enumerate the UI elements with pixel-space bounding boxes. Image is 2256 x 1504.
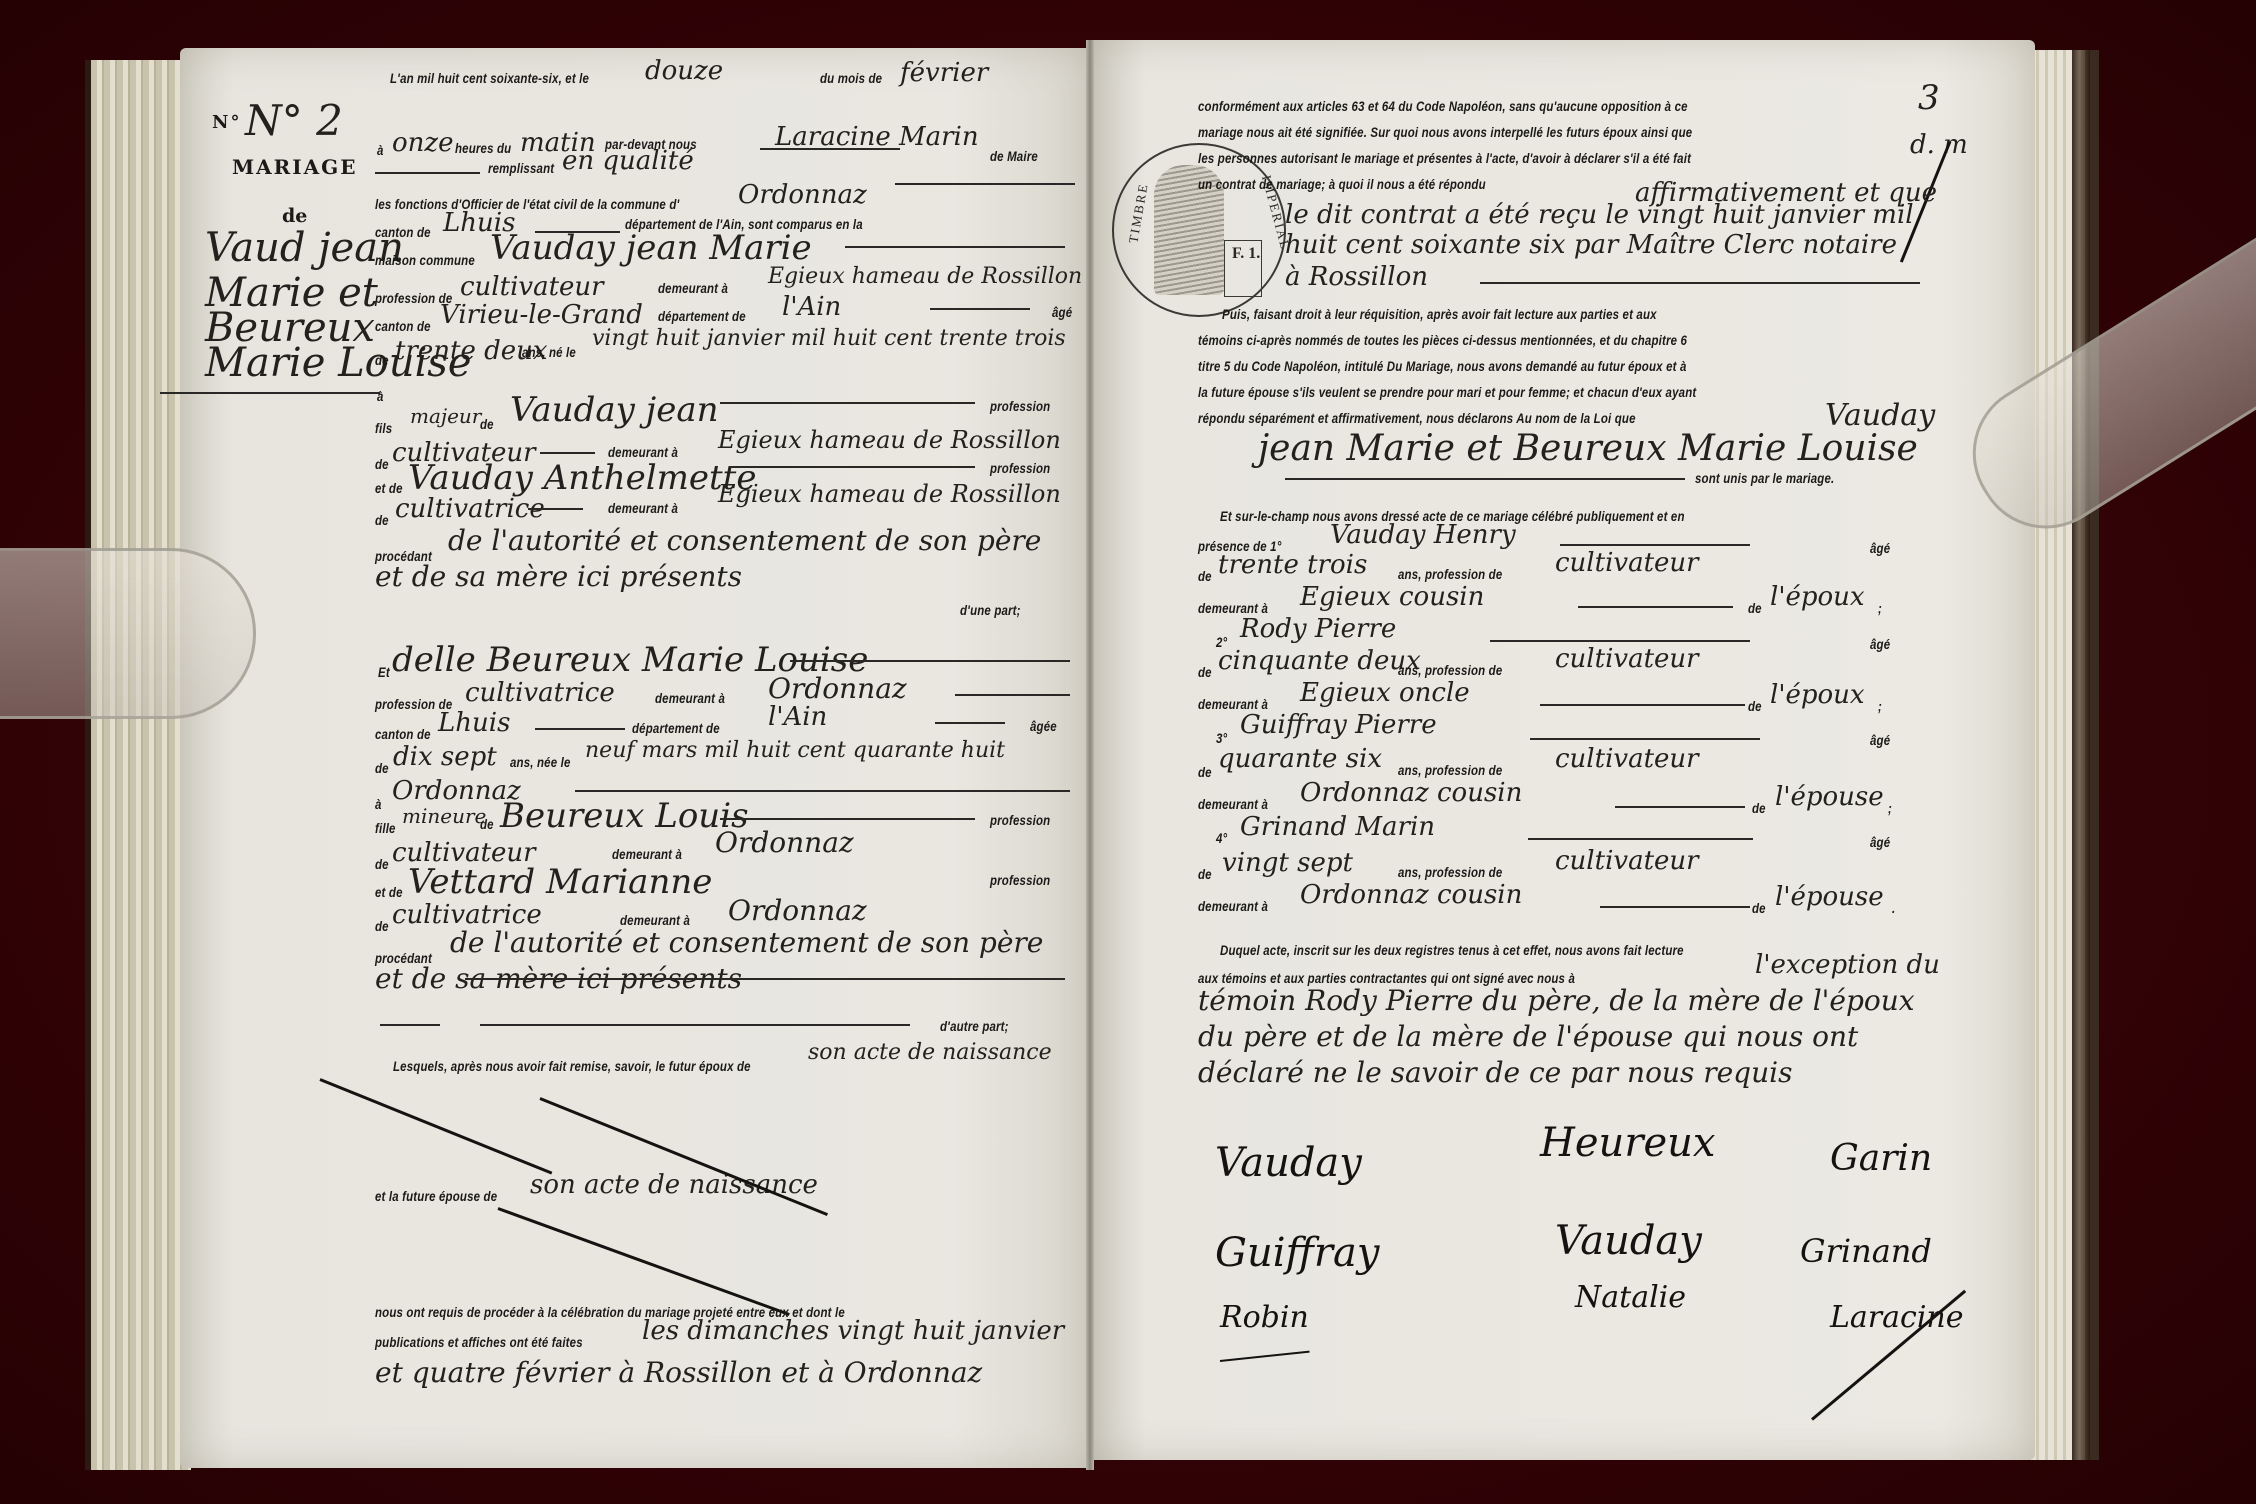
fill-rule [1560, 544, 1750, 546]
handwritten-text: l'Ain [768, 702, 827, 732]
handwritten-text: les dimanches vingt huit janvier [642, 1316, 1064, 1346]
fill-rule [1480, 282, 1920, 284]
fill-rule [575, 790, 1070, 792]
margin-mark: d. m [1910, 130, 1968, 160]
print-text: canton de [375, 726, 431, 742]
signature: Garin [1830, 1138, 1932, 1179]
signature: Vauday [1555, 1218, 1702, 1264]
print-text: les fonctions d'Officier de l'état civil… [375, 196, 679, 212]
print-text: de [375, 352, 389, 368]
handwritten-text: cultivatrice [465, 678, 615, 708]
print-text: canton de [375, 318, 431, 334]
print-text: la future épouse s'ils veulent se prendr… [1198, 384, 1696, 400]
print-text: canton de [375, 224, 431, 240]
print-text: âgé [1052, 304, 1072, 320]
margin-name-1: Vaud jean [205, 225, 404, 271]
handwritten-text: l'époux [1770, 680, 1865, 710]
print-text: fils [375, 420, 392, 436]
fill-rule [1490, 640, 1750, 642]
record-heading-de: de [282, 205, 307, 227]
print-text: répondu séparément et affirmativement, n… [1198, 410, 1636, 426]
couple-names: jean Marie et Beureux Marie Louise [1258, 428, 1918, 469]
handwritten-text: Egieux hameau de Rossillon [768, 264, 1082, 289]
handwritten-text: et de sa mère ici présents [375, 560, 742, 593]
handwritten-text: cinquante deux [1218, 646, 1421, 676]
print-text: âgée [1030, 718, 1057, 734]
handwritten-text: neuf mars mil huit cent quarante huit [585, 738, 1005, 763]
handwritten-text: l'époux [1770, 582, 1865, 612]
handwritten-text: cultivatrice [395, 494, 545, 524]
handwritten-text: Grinand Marin [1240, 812, 1435, 842]
handwritten-text: à Rossillon [1285, 262, 1428, 292]
signature: Robin [1220, 1300, 1309, 1335]
print-text: de [1198, 664, 1212, 680]
handwritten-text: déclaré ne le savoir de ce par nous requ… [1198, 1056, 1792, 1089]
print-text: fille [375, 820, 396, 836]
handwritten-text: Vauday Anthelmette [408, 458, 756, 498]
handwritten-text: février [900, 58, 988, 88]
print-text: de [1748, 698, 1762, 714]
fill-rule [760, 148, 900, 150]
print-text: demeurant à [608, 500, 678, 516]
left-glass-page-weight [0, 548, 256, 719]
handwritten-text: Rody Pierre [1240, 614, 1396, 644]
fill-rule [465, 978, 1065, 980]
print-text: mariage nous ait été signifiée. Sur quoi… [1198, 124, 1692, 140]
print-text: profession [990, 460, 1050, 476]
print-text: de [480, 816, 494, 832]
stamp-value: F. 1. [1232, 245, 1260, 263]
handwritten-text: trente trois [1218, 550, 1367, 580]
signature: Guiffray [1215, 1230, 1379, 1276]
handwritten-text: Egieux cousin [1300, 582, 1484, 612]
handwritten-text: Ordonnaz [768, 672, 907, 705]
fill-rule [1285, 478, 1685, 480]
print-text: sont unis par le mariage. [1695, 470, 1834, 486]
print-text: de [375, 856, 389, 872]
print-text: à [377, 142, 384, 158]
print-text: du mois de [820, 70, 882, 86]
handwritten-text: Egieux hameau de Rossillon [718, 426, 1061, 454]
imperial-stamp: F. 1. TIMBRE IMPERIAL [1112, 143, 1286, 317]
handwritten-text: Egieux oncle [1300, 678, 1470, 708]
print-text: de [1198, 764, 1212, 780]
print-text: de [1198, 866, 1212, 882]
fill-rule [480, 1024, 910, 1026]
print-text: de [1752, 800, 1766, 816]
fill-rule [535, 728, 625, 730]
print-text: demeurant à [655, 690, 725, 706]
print-text: à [375, 796, 382, 812]
print-text: les personnes autorisant le mariage et p… [1198, 150, 1691, 166]
print-text: Et [378, 664, 390, 680]
fill-rule [1600, 906, 1750, 908]
print-text: Duquel acte, inscrit sur les deux regist… [1220, 942, 1684, 958]
fill-rule [730, 466, 975, 468]
handwritten-text: de l'autorité et consentement de son pèr… [450, 926, 1043, 959]
handwritten-text: du père et de la mère de l'épouse qui no… [1198, 1020, 1858, 1053]
print-text: âgé [1870, 834, 1890, 850]
handwritten-text: Vauday jean Marie [490, 228, 812, 268]
fill-rule [935, 722, 1005, 724]
page-number: 3 [1918, 78, 1940, 118]
print-text: ans, né le [522, 344, 576, 360]
handwritten-text: de l'autorité et consentement de son pèr… [448, 524, 1041, 557]
handwritten-text: mineure [402, 804, 486, 828]
print-text: ans, profession de [1398, 566, 1502, 582]
signature: Heureux [1540, 1120, 1715, 1166]
print-text: âgé [1870, 540, 1890, 556]
fill-rule [845, 246, 1065, 248]
fill-rule [930, 308, 1030, 310]
print-text: ans, profession de [1398, 864, 1502, 880]
print-text: de [375, 760, 389, 776]
handwritten-text: son acte de naissance [808, 1040, 1052, 1065]
print-text: de [480, 416, 494, 432]
handwritten-text: Egieux hameau de Rossillon [718, 480, 1061, 508]
print-text: ans, née le [510, 754, 571, 770]
signature: Laracine [1830, 1300, 1964, 1335]
print-text: demeurant à [1198, 796, 1268, 812]
handwritten-text: Beureux Louis [500, 796, 749, 836]
handwritten-text: majeur [410, 404, 481, 428]
print-text: de [1752, 900, 1766, 916]
handwritten-text: Ordonnaz [715, 826, 854, 859]
fill-rule [790, 660, 1070, 662]
handwritten-text: Ordonnaz cousin [1300, 880, 1522, 910]
print-text: de [1198, 568, 1212, 584]
print-text: et la future épouse de [375, 1188, 497, 1204]
record-number-label: N° [212, 112, 241, 133]
print-text: demeurant à [1198, 898, 1268, 914]
print-text: de [375, 456, 389, 472]
handwritten-text: témoin Rody Pierre du père, de la mère d… [1198, 984, 1915, 1017]
print-text: demeurant à [612, 846, 682, 862]
handwritten-text: vingt sept [1222, 848, 1353, 878]
print-text: Lesquels, après nous avoir fait remise, … [393, 1058, 751, 1074]
handwritten-text: cultivateur [1555, 744, 1699, 774]
print-text: publications et affiches ont été faites [375, 1334, 583, 1350]
print-text: un contrat de mariage; à quoi il nous a … [1198, 176, 1486, 192]
print-text: ; [1878, 600, 1882, 616]
stamp-text-left: TIMBRE [1125, 182, 1151, 245]
book-cover-edge [2072, 50, 2090, 1460]
print-text: remplissant [488, 160, 554, 176]
print-text: conformément aux articles 63 et 64 du Co… [1198, 98, 1688, 114]
record-number: N° 2 [245, 96, 343, 145]
handwritten-text: l'Ain [782, 292, 841, 322]
handwritten-text: Vauday jean [510, 390, 718, 430]
fill-rule [375, 172, 480, 174]
print-text: âgé [1870, 636, 1890, 652]
print-text: demeurant à [658, 280, 728, 296]
handwritten-text: Ordonnaz [728, 894, 867, 927]
print-text: de [375, 512, 389, 528]
handwritten-text: cultivateur [460, 272, 604, 302]
handwritten-text: son acte de naissance [530, 1170, 818, 1200]
handwritten-text: cultivateur [1555, 548, 1699, 578]
fill-rule [1540, 704, 1745, 706]
margin-rule [160, 392, 380, 394]
print-text: L'an mil huit cent soixante-six, et le [390, 70, 589, 86]
print-text: ; [1888, 800, 1892, 816]
print-text: 4° [1216, 830, 1227, 846]
print-text: de [375, 918, 389, 934]
print-text: Puis, faisant droit à leur réquisition, … [1222, 306, 1657, 322]
print-text: heures du [455, 140, 511, 156]
handwritten-text: douze [645, 56, 723, 86]
handwritten-text: cultivateur [1555, 644, 1699, 674]
print-text: de [1748, 600, 1762, 616]
signature: Natalie [1575, 1280, 1686, 1315]
print-text: . [1892, 900, 1895, 916]
fill-rule [895, 183, 1075, 185]
handwritten-text: l'épouse [1775, 882, 1884, 912]
fill-rule [1615, 806, 1745, 808]
print-text: profession [990, 398, 1050, 414]
print-text: d'autre part; [940, 1018, 1009, 1034]
handwritten-text: quarante six [1218, 744, 1382, 774]
fill-rule [720, 402, 975, 404]
handwritten-text: huit cent soixante six par Maître Clerc … [1285, 230, 1897, 260]
handwritten-text: le dit contrat a été reçu le vingt huit … [1285, 200, 1914, 230]
fill-rule [540, 452, 595, 454]
signature: Grinand [1800, 1232, 1932, 1270]
print-text: département de [632, 720, 720, 736]
record-heading: MARIAGE [232, 155, 357, 179]
fill-rule [1530, 738, 1760, 740]
print-text: à [377, 388, 384, 404]
handwritten-text: dix sept [393, 742, 497, 772]
book-gutter [1086, 40, 1094, 1470]
print-text: témoins ci-après nommés de toutes les pi… [1198, 332, 1687, 348]
handwritten-text: l'exception du [1755, 950, 1940, 980]
handwritten-text: et quatre février à Rossillon et à Ordon… [375, 1356, 982, 1389]
handwritten-text: vingt huit janvier mil huit cent trente … [592, 326, 1066, 351]
handwritten-text: Ordonnaz [738, 180, 867, 210]
print-text: d'une part; [960, 602, 1021, 618]
handwritten-text: Guiffray Pierre [1240, 710, 1437, 740]
print-text: titre 5 du Code Napoléon, intitulé Du Ma… [1198, 358, 1687, 374]
fill-rule [955, 694, 1070, 696]
handwritten-text: Lhuis [438, 708, 510, 738]
print-text: département de [658, 308, 746, 324]
signature: Vauday [1215, 1140, 1362, 1186]
handwritten-text: en qualité [562, 146, 694, 176]
fill-rule [1578, 606, 1733, 608]
handwritten-text: l'épouse [1775, 782, 1884, 812]
print-text: profession [990, 872, 1050, 888]
fill-rule [720, 818, 975, 820]
print-text: ans, profession de [1398, 662, 1502, 678]
print-text: et de [375, 884, 403, 900]
handwritten-text: Vauday Henry [1330, 520, 1516, 550]
fill-rule [380, 1024, 440, 1026]
handwritten-text: Ordonnaz cousin [1300, 778, 1522, 808]
fill-rule [528, 508, 583, 510]
fill-rule [1528, 838, 1753, 840]
handwritten-text: cultivateur [1555, 846, 1699, 876]
print-text: âgé [1870, 732, 1890, 748]
print-text: profession [990, 812, 1050, 828]
print-text: maison commune [375, 252, 475, 268]
print-text: ; [1878, 698, 1882, 714]
handwritten-text: Vettard Marianne [408, 862, 712, 902]
handwritten-text: onze [392, 128, 453, 158]
print-text: ans, profession de [1398, 762, 1502, 778]
print-text: de Maire [990, 148, 1038, 164]
left-page-stack [85, 60, 191, 1470]
